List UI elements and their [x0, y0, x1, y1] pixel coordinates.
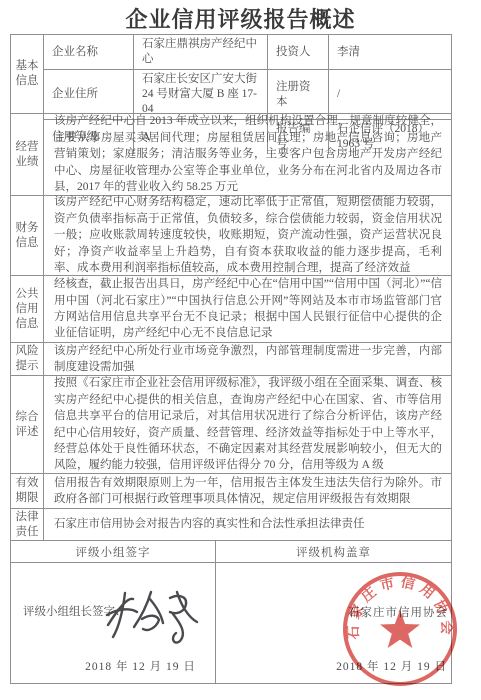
section-label-financial-info: 财务信息: [11, 196, 44, 275]
section-business-performance: 经营业绩 该房产经纪中心自 2013 年成立以来，组织机构设置合理，规章制度较健…: [11, 114, 451, 196]
section-financial-info: 财务信息 该房产经纪中心财务结构稳定，速动比率低于正常值，短期偿债能力较弱，资产…: [11, 196, 451, 276]
basic-info-grid: 企业名称 石家庄鼎祺房产经纪中心 投资人 李清 企业住所 石家庄长安区广安大街 …: [44, 35, 451, 113]
red-official-seal: 石家庄市信用协会: [340, 569, 460, 689]
section-text-comprehensive-review: 按照《石家庄市企业社会信用评级标准》，我评级小组在全面采集、调查、核实房产经纪中…: [54, 375, 442, 473]
signature-header-row: 评级小组签字 评级机构盖章: [11, 541, 451, 563]
team-signature-date: 2018 年 12 月 19 日: [11, 658, 215, 674]
section-label-legal-liability: 法律责任: [11, 509, 44, 540]
team-signature-cell: 评级小组组长签字： 2018 年 12 月 19 日: [11, 563, 216, 683]
section-public-credit-info: 公共信用信息 经核查，截止报告出具日，房产经纪中心在“信用中国”“信用中国（河北…: [11, 276, 451, 343]
section-risk-warning: 风险提示 该房产经纪中心所处行业市场竞争激烈，内部管理制度需进一步完善，内部制度…: [11, 343, 451, 376]
handwritten-signature: [104, 585, 204, 651]
field-value-investor: 李清: [329, 35, 451, 69]
section-label-public-credit-info: 公共信用信息: [11, 276, 44, 342]
section-text-public-credit-info: 经核查，截止报告出具日，房产经纪中心在“信用中国”“信用中国（河北）”“信用中国…: [54, 276, 442, 342]
field-label-company-name: 企业名称: [44, 35, 134, 69]
field-value-company-name: 石家庄鼎祺房产经纪中心: [134, 35, 268, 69]
section-label-risk-warning: 风险提示: [11, 343, 44, 375]
section-label-business-performance: 经营业绩: [11, 114, 44, 195]
section-validity-period: 有效期限 信用报告有效期限原则上为一年，信用报告主体发生违法失信行为除外。市政府…: [11, 474, 451, 509]
section-comprehensive-review: 综合评述 按照《石家庄市企业社会信用评级标准》，我评级小组在全面采集、调查、核实…: [11, 376, 451, 474]
seal-star-icon: [380, 610, 420, 648]
signature-body-row: 评级小组组长签字： 2018 年 12 月 19 日: [11, 563, 451, 683]
report-table: 基本信息 企业名称 石家庄鼎祺房产经纪中心 投资人 李清 企业住所 石家庄长安区…: [10, 34, 452, 684]
section-label-comprehensive-review: 综合评述: [11, 376, 44, 473]
signature-header-agency: 评级机构盖章: [216, 541, 451, 562]
field-value-address: 石家庄长安区广安大街 24 号财富大厦 B 座 17-04: [134, 70, 268, 119]
section-text-financial-info: 该房产经纪中心财务结构稳定，速动比率低于正常值，短期偿债能力较弱，资产负债率指标…: [54, 194, 442, 276]
section-text-risk-warning: 该房产经纪中心所处行业市场竞争激烈，内部管理制度需进一步完善，内部制度建设需加强: [54, 343, 442, 376]
field-label-registered-capital: 注册资本: [268, 70, 329, 119]
agency-seal-cell: 石家庄市信用协会 2018 年 12 月 19 日 石家庄市信用协会: [216, 563, 451, 683]
signature-header-team: 评级小组签字: [11, 541, 216, 562]
table-row: 企业名称 石家庄鼎祺房产经纪中心 投资人 李清: [44, 35, 451, 70]
section-legal-liability: 法律责任 石家庄市信用协会对报告内容的真实性和合法性承担法律责任: [11, 509, 451, 541]
section-text-validity-period: 信用报告有效期限原则上为一年，信用报告主体发生违法失信行为除外。市政府各部门可根…: [54, 475, 442, 508]
page-title: 企业信用评级报告概述: [0, 3, 481, 34]
section-label-basic-info: 基本信息: [11, 35, 44, 113]
field-label-address: 企业住所: [44, 70, 134, 119]
section-text-legal-liability: 石家庄市信用协会对报告内容的真实性和合法性承担法律责任: [54, 516, 365, 532]
field-label-investor: 投资人: [268, 35, 329, 69]
section-text-business-performance: 该房产经纪中心自 2013 年成立以来，组织机构设置合理，规章制度较健全，主要从…: [54, 113, 442, 195]
field-value-registered-capital: /: [329, 70, 451, 119]
section-basic-info: 基本信息 企业名称 石家庄鼎祺房产经纪中心 投资人 李清 企业住所 石家庄长安区…: [11, 35, 451, 114]
credit-report-page: 企业信用评级报告概述 基本信息 企业名称 石家庄鼎祺房产经纪中心 投资人 李清 …: [0, 0, 481, 700]
section-label-validity-period: 有效期限: [11, 474, 44, 508]
